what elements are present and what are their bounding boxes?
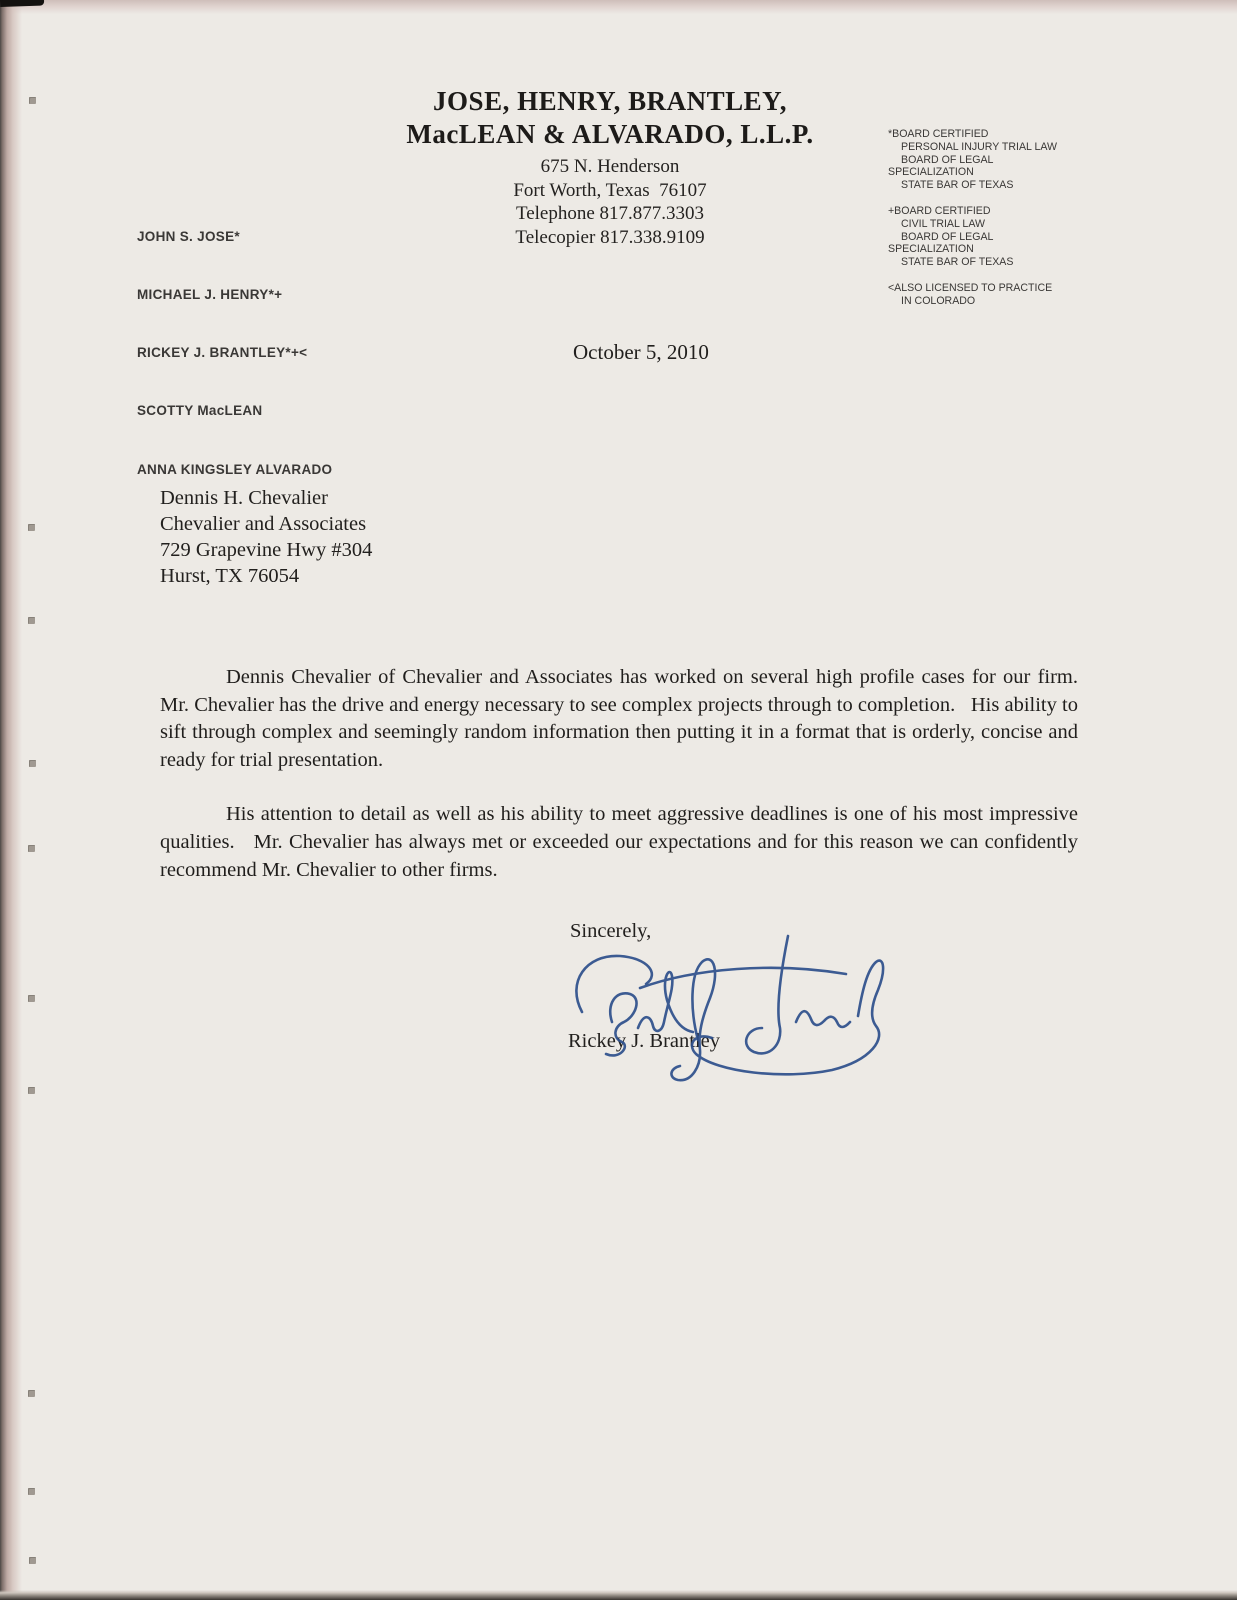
letter-body: Dennis Chevalier of Chevalier and Associ… [160,664,1078,911]
body-paragraph-2: His attention to detail as well as his a… [160,801,1078,884]
scan-speck [29,1557,36,1564]
firm-name-line1: JOSE, HENRY, BRANTLEY, [330,85,890,118]
scan-speck [28,1390,35,1397]
recipient-company: Chevalier and Associates [160,511,372,537]
scan-speck [28,845,35,852]
scan-edge-top [0,0,1237,14]
cert-line: SPECIALIZATION [888,166,1118,179]
body-paragraph-1: Dennis Chevalier of Chevalier and Associ… [160,664,1078,774]
cert-line: STATE BAR OF TEXAS [888,179,1118,192]
attorney-name: MICHAEL J. HENRY*+ [137,285,332,304]
attorney-list: JOHN S. JOSE* MICHAEL J. HENRY*+ RICKEY … [137,188,332,518]
certification-group-civil-trial: +BOARD CERTIFIED CIVIL TRIAL LAW BOARD O… [888,205,1118,269]
firm-name-line2: MacLEAN & ALVARADO, L.L.P. [330,118,890,151]
scan-speck [28,617,35,624]
certification-notes: *BOARD CERTIFIED PERSONAL INJURY TRIAL L… [888,128,1118,321]
cert-line: STATE BAR OF TEXAS [888,256,1118,269]
firm-telecopier: Telecopier 817.338.9109 [330,226,890,250]
attorney-name: JOHN S. JOSE* [137,227,332,246]
letter-date: October 5, 2010 [573,340,709,365]
scan-speck [28,995,35,1002]
letterhead: JOSE, HENRY, BRANTLEY, MacLEAN & ALVARAD… [330,85,890,249]
cert-line: IN COLORADO [888,295,1118,308]
scanned-letter-page: JOSE, HENRY, BRANTLEY, MacLEAN & ALVARAD… [0,0,1237,1600]
cert-line: CIVIL TRIAL LAW [888,218,1118,231]
cert-line: PERSONAL INJURY TRIAL LAW [888,141,1118,154]
certification-group-personal-injury: *BOARD CERTIFIED PERSONAL INJURY TRIAL L… [888,128,1118,192]
signer-typed-name: Rickey J. Brantley [568,1030,720,1053]
firm-address: 675 N. Henderson Fort Worth, Texas 76107… [330,155,890,249]
attorney-name: SCOTTY MacLEAN [137,401,332,420]
recipient-name: Dennis H. Chevalier [160,485,372,511]
cert-line: BOARD OF LEGAL [888,154,1118,167]
firm-street: 675 N. Henderson [330,155,890,179]
scan-speck [29,760,36,767]
closing-salutation: Sincerely, [570,920,651,943]
cert-line: +BOARD CERTIFIED [888,205,1118,218]
certification-group-colorado: <ALSO LICENSED TO PRACTICE IN COLORADO [888,282,1118,308]
scan-edge-bottom [0,1590,1237,1600]
scan-edge-left [0,0,22,1600]
recipient-street: 729 Grapevine Hwy #304 [160,537,372,563]
recipient-city-state-zip: Hurst, TX 76054 [160,563,372,589]
attorney-name: ANNA KINGSLEY ALVARADO [137,460,332,479]
cert-line: *BOARD CERTIFIED [888,128,1118,141]
scan-speck [28,1488,35,1495]
handwritten-signature [540,918,900,1093]
firm-city-state-zip: Fort Worth, Texas 76107 [330,179,890,203]
scan-speck [29,97,36,104]
cert-line: <ALSO LICENSED TO PRACTICE [888,282,1118,295]
cert-line: BOARD OF LEGAL [888,231,1118,244]
recipient-address-block: Dennis H. Chevalier Chevalier and Associ… [160,485,372,589]
attorney-name: RICKEY J. BRANTLEY*+< [137,343,332,362]
firm-telephone: Telephone 817.877.3303 [330,202,890,226]
scan-speck [28,524,35,531]
cert-line: SPECIALIZATION [888,243,1118,256]
scan-speck [28,1087,35,1094]
